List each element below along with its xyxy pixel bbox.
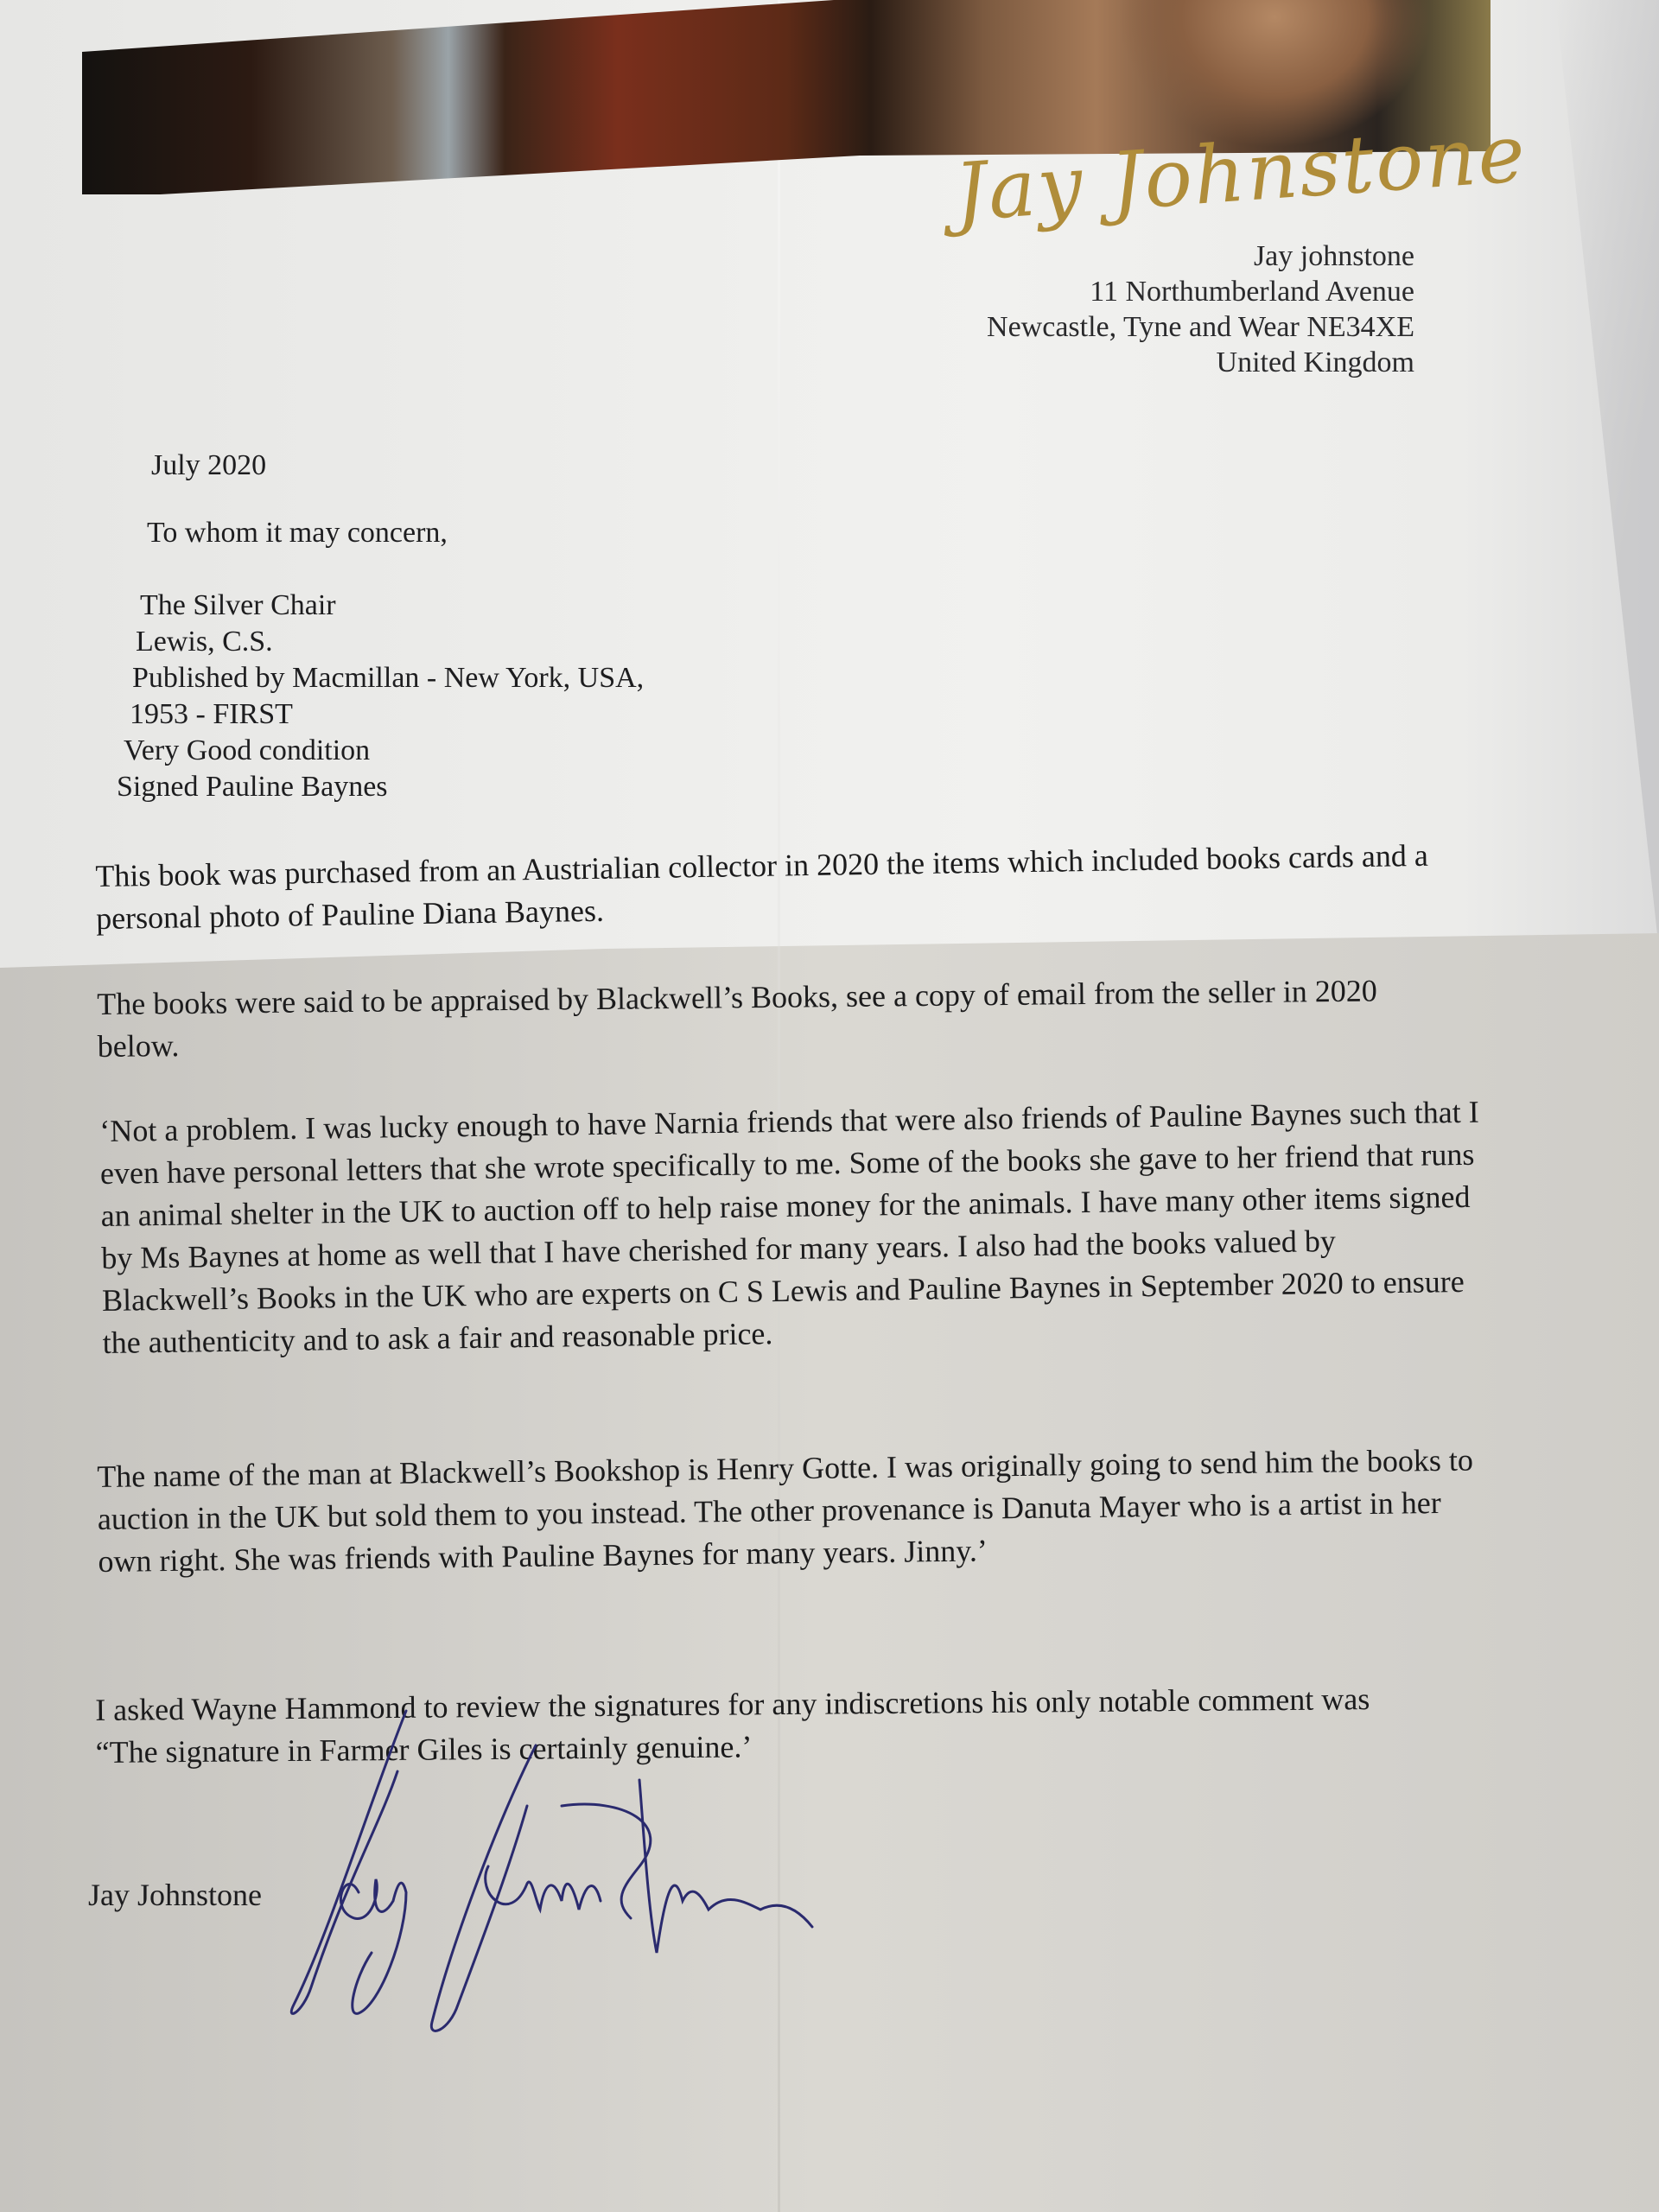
book-edition: 1953 - FIRST [117,696,644,733]
salutation: To whom it may concern, [147,517,448,550]
paragraph-provenance: The name of the man at Blackwell’s Books… [97,1439,1490,1583]
book-publisher: Published by Macmillan - New York, USA, [117,660,644,696]
handwritten-signature [276,1694,899,2039]
signoff-printed-name: Jay Johnstone [88,1877,262,1913]
address-line: Jay johnstone [987,238,1414,274]
book-author: Lewis, C.S. [117,624,644,660]
address-line: 11 Northumberland Avenue [987,274,1414,309]
letter-date: July 2020 [151,449,266,482]
book-title: The Silver Chair [117,588,644,624]
book-signature-note: Signed Pauline Baynes [117,769,644,805]
paragraph-seller-email: ‘Not a problem. I was lucky enough to ha… [99,1091,1485,1364]
book-condition: Very Good condition [117,733,644,769]
sender-address: Jay johnstone 11 Northumberland Avenue N… [987,238,1414,380]
book-details-block: The Silver Chair Lewis, C.S. Published b… [117,588,644,805]
address-line: United Kingdom [987,345,1414,380]
paragraph-appraisal: The books were said to be appraised by B… [97,969,1446,1068]
address-line: Newcastle, Tyne and Wear NE34XE [987,309,1414,345]
